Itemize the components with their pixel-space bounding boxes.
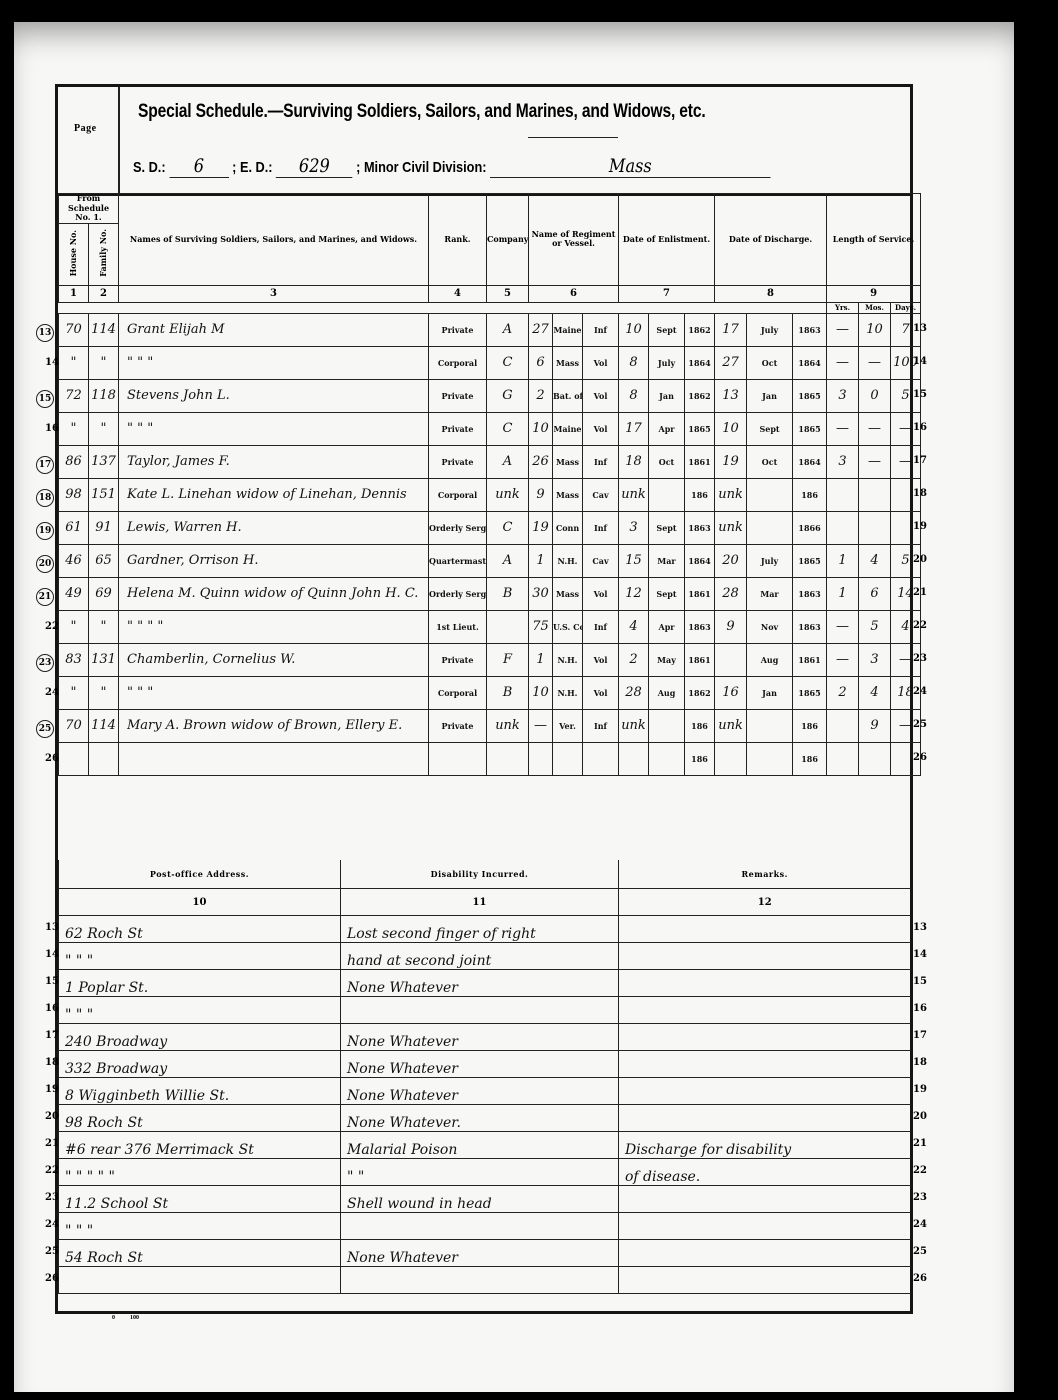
remarks-cell — [619, 1078, 911, 1105]
soldier-name: " " " " — [119, 610, 429, 643]
service-months: 4 — [859, 544, 891, 577]
regiment-state: N.H. — [553, 544, 583, 577]
regiment-header: Name of Regiment or Vessel. — [529, 194, 619, 286]
regiment-state: Mass — [553, 478, 583, 511]
regiment-state: U.S. Colored — [553, 610, 583, 643]
discharge-header: Date of Discharge. — [715, 194, 827, 286]
enlist-day: 12 — [619, 577, 649, 610]
line-number-right: 17 — [908, 455, 932, 466]
family-number: " — [89, 676, 119, 709]
line-number-right: 15 — [908, 976, 932, 987]
regiment-type: Inf — [583, 709, 619, 742]
house-number: 61 — [59, 511, 89, 544]
remarks-cell — [619, 943, 911, 970]
regiment-type: Vol — [583, 346, 619, 379]
regiment-number: 27 — [529, 313, 553, 346]
enlist-month — [649, 478, 685, 511]
soldier-name: Stevens John L. — [119, 379, 429, 412]
disability-cell — [341, 1213, 619, 1240]
house-no-header: House No. — [69, 230, 79, 276]
enlist-month: Apr — [649, 610, 685, 643]
regiment-type: Vol — [583, 379, 619, 412]
mcd-label: ; Minor Civil Division: — [356, 159, 486, 176]
soldier-name: Lewis, Warren H. — [119, 511, 429, 544]
page-label: Page — [74, 123, 97, 134]
house-number: 49 — [59, 577, 89, 610]
line-number-left: 24 — [40, 687, 64, 698]
address-table: Post-office Address. Disability Incurred… — [58, 860, 911, 1294]
line-number-left: 20 — [40, 1111, 64, 1122]
service-months: 4 — [859, 676, 891, 709]
regiment-state: Ver. — [553, 709, 583, 742]
regiment-number: 75 — [529, 610, 553, 643]
regiment-number: — — [529, 709, 553, 742]
soldier-name: " " " — [119, 412, 429, 445]
line-number-left: 16 — [40, 1003, 64, 1014]
regiment-state: Mass — [553, 346, 583, 379]
enlist-year: 1862 — [685, 379, 715, 412]
discharge-year: 186 — [793, 478, 827, 511]
disability-cell: None Whatever — [341, 1078, 619, 1105]
line-number-left: 23 — [40, 1192, 64, 1203]
remarks-cell — [619, 1105, 911, 1132]
address-cell: 11.2 School St — [59, 1186, 341, 1213]
enlist-day: 8 — [619, 346, 649, 379]
discharge-year: 1863 — [793, 577, 827, 610]
remarks-cell — [619, 1186, 911, 1213]
line-number-right: 20 — [908, 1111, 932, 1122]
line-number-right: 19 — [908, 1084, 932, 1095]
regiment-type: Inf — [583, 610, 619, 643]
service-header: Length of Service. — [827, 194, 921, 286]
family-number: 131 — [89, 643, 119, 676]
discharge-month: Jan — [747, 379, 793, 412]
line-number-right: 20 — [908, 554, 932, 565]
line-number-left: 14 — [40, 949, 64, 960]
remarks-cell — [619, 1024, 911, 1051]
discharge-month: Oct — [747, 445, 793, 478]
discharge-day: unk — [715, 511, 747, 544]
regiment-number: 26 — [529, 445, 553, 478]
scale-bar: 0 100 — [112, 1315, 139, 1321]
mcd-value: Mass — [490, 155, 771, 178]
enlistment-header: Date of Enlistment. — [619, 194, 715, 286]
service-years: 2 — [827, 676, 859, 709]
service-months: — — [859, 346, 891, 379]
rank-cell: Orderly Sergeant — [429, 577, 487, 610]
soldier-name — [119, 742, 429, 775]
days-header: Days. — [891, 302, 921, 313]
service-months: 9 — [859, 709, 891, 742]
enlist-day: 17 — [619, 412, 649, 445]
service-months — [859, 478, 891, 511]
regiment-type: Vol — [583, 643, 619, 676]
line-number-right: 14 — [908, 949, 932, 960]
discharge-day: unk — [715, 709, 747, 742]
disability-cell: None Whatever — [341, 1240, 619, 1267]
enlist-month: May — [649, 643, 685, 676]
regiment-number: 10 — [529, 412, 553, 445]
disability-cell: None Whatever. — [341, 1105, 619, 1132]
title-underline — [528, 137, 618, 138]
discharge-day: 28 — [715, 577, 747, 610]
company-cell: A — [487, 544, 529, 577]
discharge-month: Oct — [747, 346, 793, 379]
table-row: 4665Gardner, Orrison H.Quartermaster Ser… — [59, 544, 921, 577]
line-number-left: 21 — [40, 1138, 64, 1149]
remarks-cell — [619, 1267, 911, 1294]
remarks-cell — [619, 970, 911, 997]
company-cell: C — [487, 346, 529, 379]
table-row: 72118Stevens John L.PrivateG2Bat. of Bos… — [59, 379, 921, 412]
regiment-number: 10 — [529, 676, 553, 709]
disability-cell: Shell wound in head — [341, 1186, 619, 1213]
service-years: — — [827, 346, 859, 379]
company-cell: unk — [487, 709, 529, 742]
enlist-day: unk — [619, 709, 649, 742]
address-cell: 8 Wigginbeth Willie St. — [59, 1078, 341, 1105]
address-cell: #6 rear 376 Merrimack St — [59, 1132, 341, 1159]
line-number-right: 19 — [908, 521, 932, 532]
house-number: 86 — [59, 445, 89, 478]
family-number: 114 — [89, 709, 119, 742]
disability-header: Disability Incurred. — [341, 860, 619, 889]
company-header: Company. — [487, 194, 529, 286]
address-row: " " "hand at second joint — [59, 943, 911, 970]
regiment-number: 19 — [529, 511, 553, 544]
family-number: 118 — [89, 379, 119, 412]
line-number-right: 16 — [908, 422, 932, 433]
discharge-year: 186 — [793, 742, 827, 775]
col-num: 3 — [119, 285, 429, 302]
discharge-year: 1864 — [793, 346, 827, 379]
company-cell: G — [487, 379, 529, 412]
family-number: 137 — [89, 445, 119, 478]
address-row: 1 Poplar St.None Whatever — [59, 970, 911, 997]
enlist-year: 1864 — [685, 346, 715, 379]
service-years: 3 — [827, 445, 859, 478]
discharge-month: Nov — [747, 610, 793, 643]
remarks-cell: of disease. — [619, 1159, 911, 1186]
mos-header: Mos. — [859, 302, 891, 313]
service-months: 10 — [859, 313, 891, 346]
enlist-year: 1862 — [685, 313, 715, 346]
family-number: 69 — [89, 577, 119, 610]
line-number-right: 18 — [908, 488, 932, 499]
table-row: 70114Grant Elijah MPrivateA27MaineInf10S… — [59, 313, 921, 346]
form-title: Special Schedule.—Surviving Soldiers, Sa… — [138, 101, 705, 123]
regiment-type: Vol — [583, 577, 619, 610]
enlist-month: July — [649, 346, 685, 379]
col-num: 9 — [827, 285, 921, 302]
company-cell: B — [487, 577, 529, 610]
company-cell: C — [487, 511, 529, 544]
address-row: " " " " "" "of disease. — [59, 1159, 911, 1186]
enlist-month: Mar — [649, 544, 685, 577]
enlist-day: 15 — [619, 544, 649, 577]
page-box: Page — [58, 87, 120, 193]
discharge-year: 1865 — [793, 676, 827, 709]
family-number: " — [89, 610, 119, 643]
discharge-day — [715, 742, 747, 775]
discharge-year: 1866 — [793, 511, 827, 544]
table-row: """ " "PrivateC10MaineVol17Apr186510Sept… — [59, 412, 921, 445]
address-cell: " " " — [59, 943, 341, 970]
col-num: 8 — [715, 285, 827, 302]
address-header: Post-office Address. — [59, 860, 341, 889]
remarks-cell — [619, 1051, 911, 1078]
address-cell: " " " " " — [59, 1159, 341, 1186]
discharge-day — [715, 643, 747, 676]
soldiers-table: From Schedule No. 1. Names of Surviving … — [58, 193, 921, 776]
discharge-year: 1865 — [793, 544, 827, 577]
remarks-cell: Discharge for disability — [619, 1132, 911, 1159]
enlist-year: 186 — [685, 478, 715, 511]
discharge-day: 10 — [715, 412, 747, 445]
scale-right: 100 — [130, 1315, 139, 1321]
service-months: 6 — [859, 577, 891, 610]
company-cell: C — [487, 412, 529, 445]
service-years: 1 — [827, 577, 859, 610]
enlist-month: Apr — [649, 412, 685, 445]
service-months: — — [859, 445, 891, 478]
enlist-month: Sept — [649, 313, 685, 346]
line-number-right: 25 — [908, 719, 932, 730]
sd-label: S. D.: — [133, 159, 166, 176]
company-cell: F — [487, 643, 529, 676]
line-number-right: 13 — [908, 323, 932, 334]
service-months — [859, 511, 891, 544]
house-number: 70 — [59, 709, 89, 742]
address-cell: 240 Broadway — [59, 1024, 341, 1051]
soldier-name: Helena M. Quinn widow of Quinn John H. C… — [119, 577, 429, 610]
address-row: 240 BroadwayNone Whatever — [59, 1024, 911, 1051]
col-num: 7 — [619, 285, 715, 302]
service-months: — — [859, 412, 891, 445]
rank-cell: Orderly Sergeant — [429, 511, 487, 544]
family-number: " — [89, 412, 119, 445]
enlist-year: 1863 — [685, 610, 715, 643]
regiment-state: N.H. — [553, 643, 583, 676]
company-cell: A — [487, 313, 529, 346]
discharge-day: unk — [715, 478, 747, 511]
company-cell: B — [487, 676, 529, 709]
soldier-name: Chamberlin, Cornelius W. — [119, 643, 429, 676]
family-number — [89, 742, 119, 775]
col-num: 5 — [487, 285, 529, 302]
enlist-year: 186 — [685, 742, 715, 775]
line-number-left: 22 — [40, 1165, 64, 1176]
discharge-year: 1863 — [793, 313, 827, 346]
discharge-month — [747, 742, 793, 775]
discharge-day: 20 — [715, 544, 747, 577]
scale-left: 0 — [112, 1315, 115, 1321]
discharge-month — [747, 511, 793, 544]
address-row: 332 BroadwayNone Whatever — [59, 1051, 911, 1078]
house-number: 98 — [59, 478, 89, 511]
table-row: """ " "CorporalB10N.H.Vol28Aug186216Jan1… — [59, 676, 921, 709]
service-years: — — [827, 610, 859, 643]
rank-header: Rank. — [429, 194, 487, 286]
enlist-day: 18 — [619, 445, 649, 478]
soldier-name: Grant Elijah M — [119, 313, 429, 346]
soldier-name: Kate L. Linehan widow of Linehan, Dennis — [119, 478, 429, 511]
remarks-header: Remarks. — [619, 860, 911, 889]
enlist-day: 28 — [619, 676, 649, 709]
discharge-year: 1861 — [793, 643, 827, 676]
rank-cell: Corporal — [429, 676, 487, 709]
table-row: 4969Helena M. Quinn widow of Quinn John … — [59, 577, 921, 610]
family-no-header: Family No. — [99, 229, 109, 277]
regiment-type: Inf — [583, 445, 619, 478]
sd-value: 6 — [169, 155, 229, 178]
soldier-name: Mary A. Brown widow of Brown, Ellery E. — [119, 709, 429, 742]
enlist-year: 1861 — [685, 643, 715, 676]
family-number: 65 — [89, 544, 119, 577]
schedule-form: Page Special Schedule.—Surviving Soldier… — [55, 84, 913, 1314]
discharge-year: 1865 — [793, 412, 827, 445]
disability-cell: hand at second joint — [341, 943, 619, 970]
names-header: Names of Surviving Soldiers, Sailors, an… — [119, 194, 429, 286]
line-number-left: 26 — [40, 1273, 64, 1284]
regiment-state: Maine — [553, 412, 583, 445]
address-cell: 54 Roch St — [59, 1240, 341, 1267]
rank-cell: Private — [429, 445, 487, 478]
enlist-month: Jan — [649, 379, 685, 412]
line-number-left: 17 — [40, 1030, 64, 1041]
address-cell — [59, 1267, 341, 1294]
enlist-day: 3 — [619, 511, 649, 544]
soldier-name: " " " — [119, 346, 429, 379]
rank-cell: Corporal — [429, 478, 487, 511]
from-schedule-header: From Schedule No. 1. — [59, 194, 119, 224]
house-number: 70 — [59, 313, 89, 346]
col-num: 12 — [619, 889, 911, 916]
discharge-month: Mar — [747, 577, 793, 610]
discharge-month — [747, 478, 793, 511]
line-number-left: 13 — [40, 922, 64, 933]
disability-cell: None Whatever — [341, 1024, 619, 1051]
enlist-month: Sept — [649, 511, 685, 544]
rank-cell — [429, 742, 487, 775]
ed-value: 629 — [276, 155, 353, 178]
discharge-month: July — [747, 544, 793, 577]
line-number-right: 21 — [908, 1138, 932, 1149]
enlist-month: Aug — [649, 676, 685, 709]
address-row — [59, 1267, 911, 1294]
disability-cell — [341, 1267, 619, 1294]
discharge-month: Aug — [747, 643, 793, 676]
remarks-cell — [619, 1213, 911, 1240]
company-cell: A — [487, 445, 529, 478]
soldier-name: Taylor, James F. — [119, 445, 429, 478]
service-months: 3 — [859, 643, 891, 676]
discharge-month: July — [747, 313, 793, 346]
table-row: """ " " "1st Lieut.75U.S. ColoredInf4Apr… — [59, 610, 921, 643]
enlist-month — [649, 742, 685, 775]
regiment-type: Vol — [583, 412, 619, 445]
address-row: 54 Roch StNone Whatever — [59, 1240, 911, 1267]
line-number-left: 22 — [40, 621, 64, 632]
line-number-left: 14 — [40, 357, 64, 368]
enlist-day: 8 — [619, 379, 649, 412]
line-number-right: 22 — [908, 620, 932, 631]
service-months: 5 — [859, 610, 891, 643]
house-number: 83 — [59, 643, 89, 676]
discharge-day: 9 — [715, 610, 747, 643]
discharge-month: Sept — [747, 412, 793, 445]
col-num: 1 — [59, 285, 89, 302]
address-row: " " " — [59, 1213, 911, 1240]
regiment-type: Inf — [583, 313, 619, 346]
col-num: 4 — [429, 285, 487, 302]
house-number: 72 — [59, 379, 89, 412]
line-number-right: 26 — [908, 752, 932, 763]
col-num: 6 — [529, 285, 619, 302]
line-number-right: 25 — [908, 1246, 932, 1257]
regiment-number: 2 — [529, 379, 553, 412]
discharge-day: 13 — [715, 379, 747, 412]
discharge-month: Jan — [747, 676, 793, 709]
enlist-day — [619, 742, 649, 775]
regiment-number: 30 — [529, 577, 553, 610]
disability-cell: Lost second finger of right — [341, 916, 619, 943]
service-months — [859, 742, 891, 775]
line-number-right: 23 — [908, 1192, 932, 1203]
enlist-year: 1861 — [685, 577, 715, 610]
regiment-number: 6 — [529, 346, 553, 379]
address-row: 11.2 School StShell wound in head — [59, 1186, 911, 1213]
rank-cell: Quartermaster Sergeant — [429, 544, 487, 577]
col-num: 11 — [341, 889, 619, 916]
table-row: 6191Lewis, Warren H.Orderly SergeantC19C… — [59, 511, 921, 544]
table-row: 83131Chamberlin, Cornelius W.PrivateF1N.… — [59, 643, 921, 676]
table-row: 98151Kate L. Linehan widow of Linehan, D… — [59, 478, 921, 511]
remarks-cell — [619, 997, 911, 1024]
line-number-left: 15 — [40, 976, 64, 987]
line-number-left: 18 — [40, 1057, 64, 1068]
table-row: 86137Taylor, James F.PrivateA26MassInf18… — [59, 445, 921, 478]
address-cell: 1 Poplar St. — [59, 970, 341, 997]
rank-cell: Private — [429, 643, 487, 676]
enlist-day: 2 — [619, 643, 649, 676]
remarks-cell — [619, 916, 911, 943]
soldier-name: " " " — [119, 676, 429, 709]
family-number: " — [89, 346, 119, 379]
line-number-right: 18 — [908, 1057, 932, 1068]
line-number-left: 19 — [40, 1084, 64, 1095]
discharge-year: 1864 — [793, 445, 827, 478]
regiment-number: 9 — [529, 478, 553, 511]
family-number: 114 — [89, 313, 119, 346]
disability-cell: Malarial Poison — [341, 1132, 619, 1159]
address-cell: 62 Roch St — [59, 916, 341, 943]
regiment-type: Vol — [583, 676, 619, 709]
discharge-year: 1865 — [793, 379, 827, 412]
enlist-day: 4 — [619, 610, 649, 643]
regiment-state: Mass — [553, 445, 583, 478]
regiment-type: Cav — [583, 544, 619, 577]
line-number-right: 26 — [908, 1273, 932, 1284]
enlist-year: 1864 — [685, 544, 715, 577]
service-years — [827, 709, 859, 742]
enlist-day: 10 — [619, 313, 649, 346]
line-number-right: 22 — [908, 1165, 932, 1176]
regiment-state: Mass — [553, 577, 583, 610]
address-cell: " " " — [59, 997, 341, 1024]
address-row: 98 Roch StNone Whatever. — [59, 1105, 911, 1132]
company-cell — [487, 610, 529, 643]
